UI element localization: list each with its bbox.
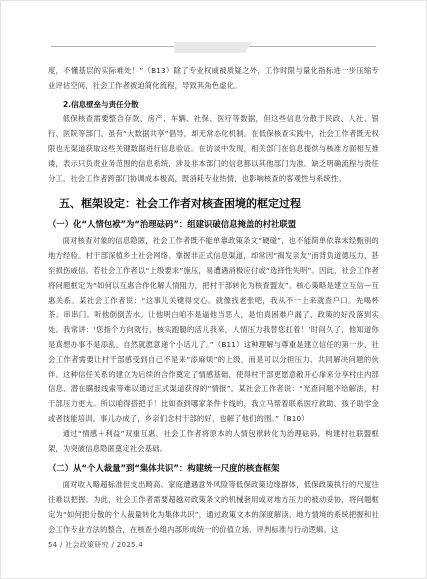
subsection-heading-collective-consensus: （二）从“个人裁量”到“集体共识”：构建统一尺度的核查框架 — [48, 461, 379, 476]
paragraph-collective-consensus: 面对收入略超标准但支出畸高、家庭遭遇意外风险等低保政策边缘群体，低保政策执行的尺… — [48, 478, 379, 537]
document-page: 度，不懂基层的实际难处！”（B13）除了专业权威被质疑之外，工作时限与量化指标进… — [0, 0, 427, 579]
subsection-heading-village-alliance: （一）化“人情包袱”为“治理砝码”：组建识破信息掩盖的村社联盟 — [48, 217, 379, 232]
paragraph-emotion-benefit: 通过“情感＋利益”双重互惠，社会工作者将原本的人情包袱转化为治理砝码，构建村社联… — [48, 427, 379, 457]
page-header-rule — [51, 46, 376, 47]
page-header-tab — [174, 42, 252, 53]
section-heading-frame-setting: 五、框架设定：社会工作者对核查困境的框定过程 — [48, 195, 379, 212]
page-footer: 54 / 社会政策研究 / 2025.4 — [48, 540, 143, 550]
paragraph-info-barrier: 低保核查需要整合存款、房产、车辆、社保、医疗等数据，但这些信息分散于民政、人社、… — [48, 112, 379, 186]
paragraph-continuation: 度，不懂基层的实际难处！”（B13）除了专业权威被质疑之外，工作时限与量化指标进… — [48, 64, 379, 94]
article-body: 度，不懂基层的实际难处！”（B13）除了专业权威被质疑之外，工作时限与量化指标进… — [48, 64, 379, 538]
paragraph-village-alliance: 面对核查对象的信息隐匿，社会工作者既不能单靠政策条文“硬碰”，也不能简单依靠未经… — [48, 234, 379, 426]
subheading-info-barrier: 2.信息壁垒与责任分散 — [48, 98, 379, 113]
